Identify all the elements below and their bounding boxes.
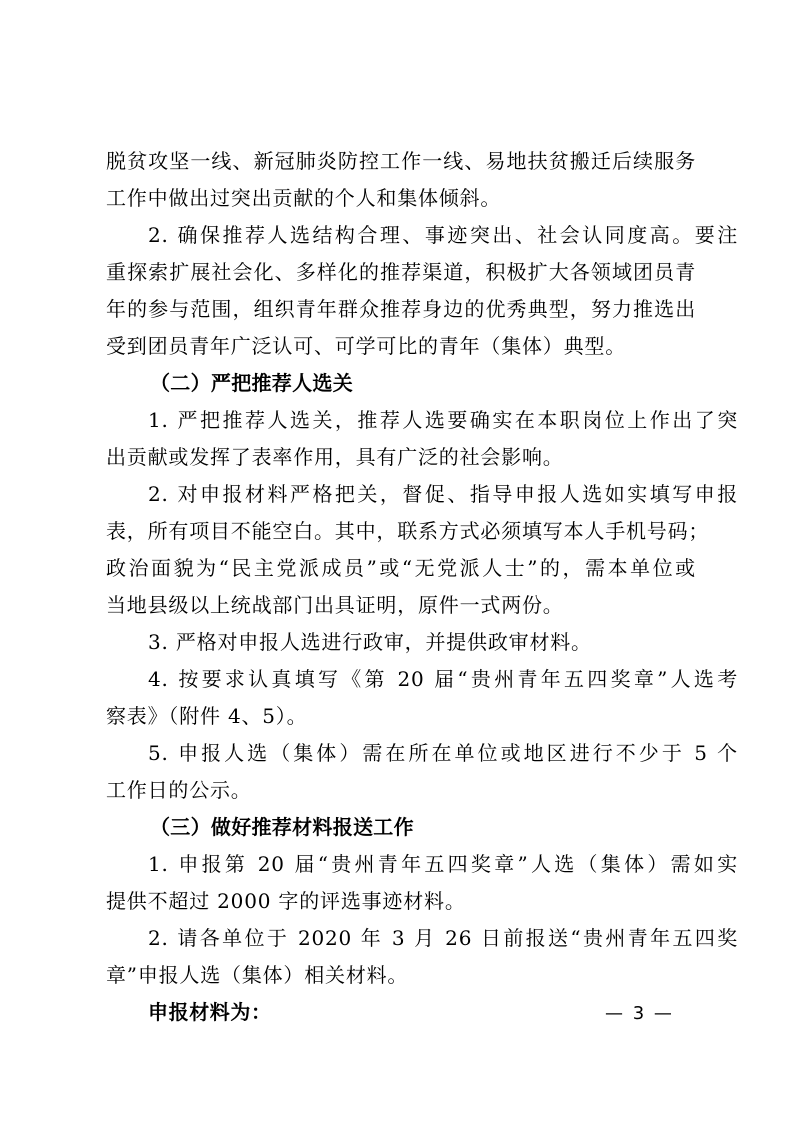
page-number: — 3 —	[605, 1003, 674, 1024]
paragraph-line: 政治面貌为“民主党派成员”或“无党派人士”的，需本单位或	[106, 550, 696, 587]
paragraph-line: 工作中做出过突出贡献的个人和集体倾斜。	[106, 180, 696, 217]
list-item-line: 4. 按要求认真填写《第 20 届“贵州青年五四奖章”人选考	[106, 661, 738, 698]
list-item-line: 5. 申报人选（集体）需在所在单位或地区进行不少于 5 个	[106, 735, 738, 772]
paragraph-line: 当地县级以上统战部门出具证明，原件一式两份。	[106, 587, 696, 624]
document-page: 脱贫攻坚一线、新冠肺炎防控工作一线、易地扶贫搬迁后续服务 工作中做出过突出贡献的…	[0, 0, 793, 1122]
list-item-line: 1. 严把推荐人选关，推荐人选要确实在本职岗位上作出了突	[106, 402, 738, 439]
paragraph-line: 出贡献或发挥了表率作用，具有广泛的社会影响。	[106, 439, 696, 476]
list-item-line: 2. 对申报材料严格把关，督促、指导申报人选如实填写申报	[106, 476, 738, 513]
paragraph-line: 表，所有项目不能空白。其中，联系方式必须填写本人手机号码；	[106, 513, 696, 550]
list-item-line: 3. 严格对申报人选进行政审，并提供政审材料。	[106, 624, 696, 661]
paragraph-line: 重探索扩展社会化、多样化的推荐渠道，积极扩大各领域团员青	[106, 254, 696, 291]
list-item-line: 1. 申报第 20 届“贵州青年五四奖章”人选（集体）需如实	[106, 846, 738, 883]
paragraph-line: 脱贫攻坚一线、新冠肺炎防控工作一线、易地扶贫搬迁后续服务	[106, 143, 696, 180]
paragraph-line: 章”申报人选（集体）相关材料。	[106, 957, 696, 994]
section-heading: （二）严把推荐人选关	[106, 365, 696, 402]
list-item-line: 2. 确保推荐人选结构合理、事迹突出、社会认同度高。要注	[106, 217, 738, 254]
section-heading: （三）做好推荐材料报送工作	[106, 809, 696, 846]
document-body: 脱贫攻坚一线、新冠肺炎防控工作一线、易地扶贫搬迁后续服务 工作中做出过突出贡献的…	[106, 143, 696, 1031]
paragraph-line: 察表》（附件 4、5）。	[106, 698, 696, 735]
list-item-line: 2. 请各单位于 2020 年 3 月 26 日前报送“贵州青年五四奖	[106, 920, 738, 957]
paragraph-line: 提供不超过 2000 字的评选事迹材料。	[106, 883, 696, 920]
paragraph-line: 受到团员青年广泛认可、可学可比的青年（集体）典型。	[106, 328, 696, 365]
paragraph-line: 年的参与范围，组织青年群众推荐身边的优秀典型，努力推选出	[106, 291, 696, 328]
paragraph-line: 工作日的公示。	[106, 772, 696, 809]
